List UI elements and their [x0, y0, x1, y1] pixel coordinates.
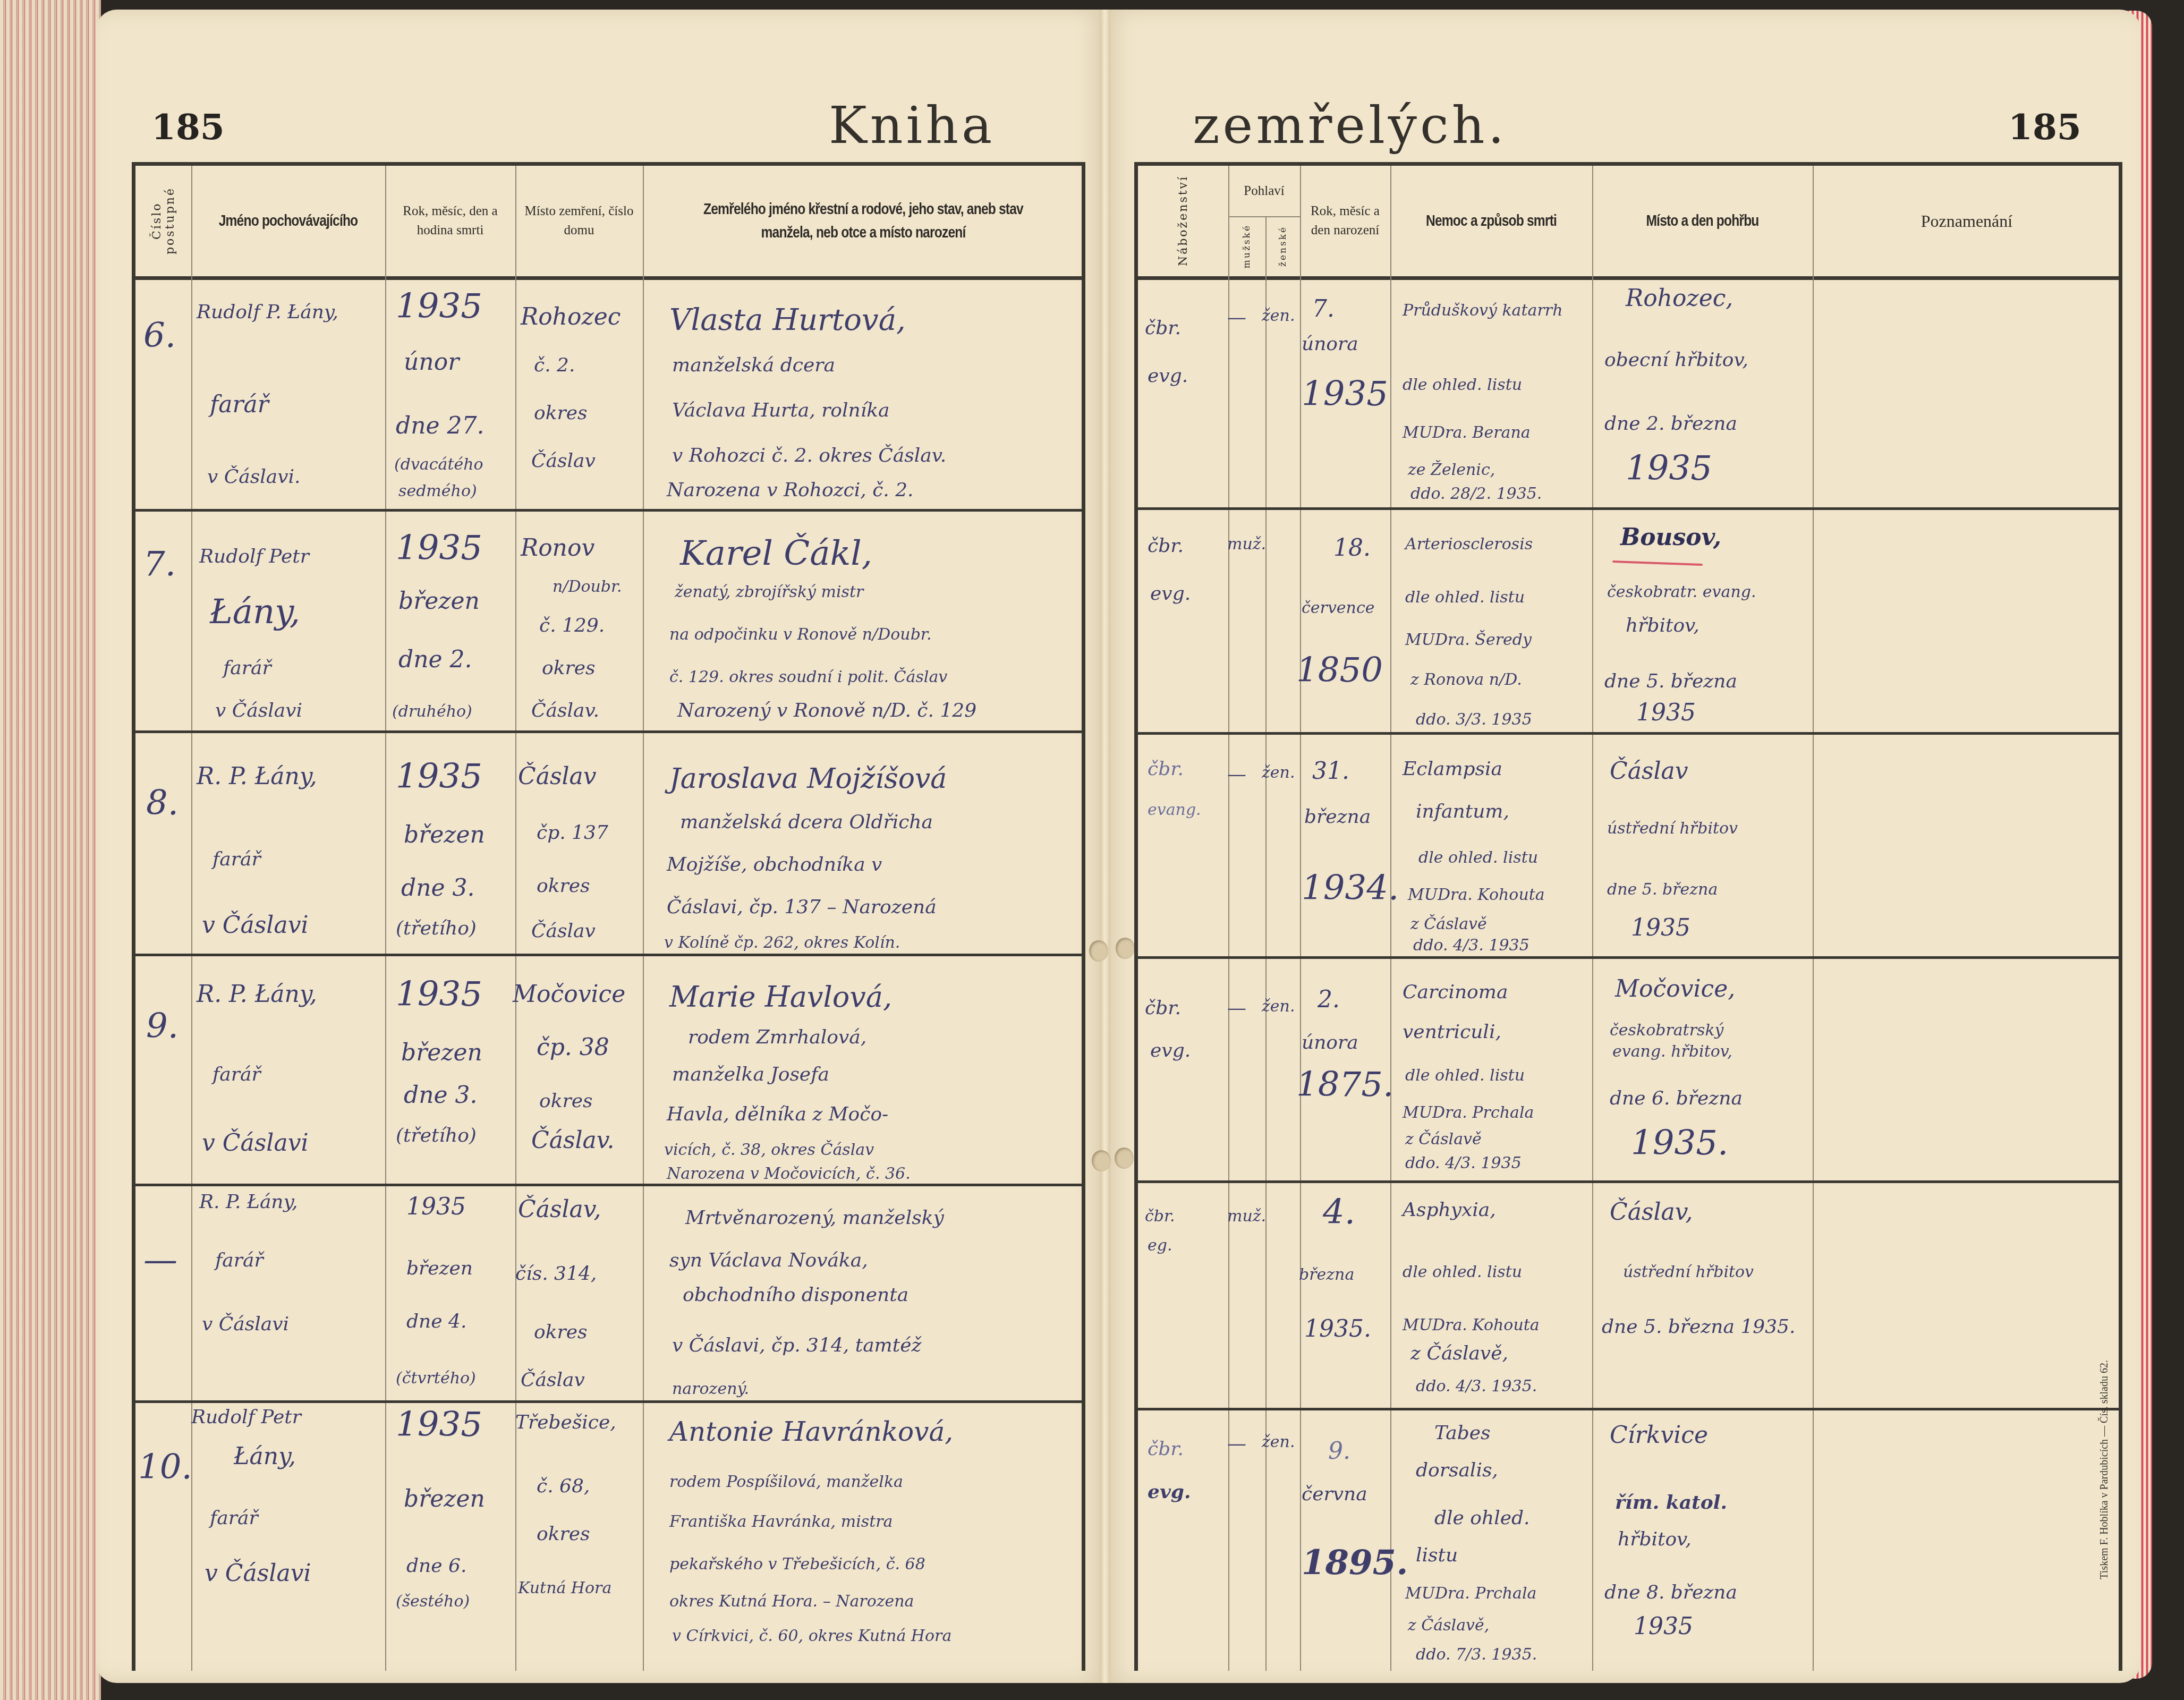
- death-day-words: (druhého): [392, 704, 472, 720]
- deceased-line: v Čáslavi, čp. 314, tamtéž: [672, 1336, 921, 1355]
- row-separator: [1137, 956, 2120, 959]
- death-year: 1935: [396, 977, 482, 1011]
- death-day: dne 2.: [398, 648, 472, 671]
- burial-line: hřbitov,: [1618, 1530, 1692, 1549]
- burial-line: českobratrský: [1610, 1023, 1724, 1039]
- death-month: únor: [404, 351, 459, 374]
- birth-month: června: [1302, 1485, 1367, 1504]
- header-cause-of-death: Nemoc a způsob smrti: [1408, 166, 1574, 276]
- deceased-name: Vlasta Hurtová,: [669, 305, 906, 335]
- death-month: březen: [404, 1487, 485, 1511]
- place-line: Kutná Hora: [518, 1580, 611, 1596]
- header-male: mužské: [1228, 216, 1265, 276]
- death-day: dne 3.: [401, 877, 475, 900]
- burial-line: dne 6. března: [1610, 1089, 1743, 1108]
- printer-credit: Tiskem F. Hoblíka v Pardubicích — Čís. s…: [2098, 1360, 2111, 1579]
- header-remarks: Poznamenání: [1813, 166, 2121, 276]
- header-burial: Místo a den pohřbu: [1612, 166, 1792, 276]
- officiant-line: farář: [210, 393, 269, 416]
- binding-hole: [1089, 940, 1108, 962]
- row-separator: [133, 1400, 1084, 1403]
- cause-line: MUDra. Kohouta: [1408, 887, 1545, 903]
- entry-number: 9.: [146, 1009, 179, 1043]
- column-rule: [643, 166, 644, 1671]
- deceased-line: v Rohozci č. 2. okres Čáslav.: [672, 446, 946, 465]
- place-line: okres: [534, 404, 587, 423]
- entry-number: 10.: [138, 1450, 192, 1484]
- cause-line: z Čáslavě,: [1410, 1344, 1508, 1363]
- row-separator: [133, 1184, 1084, 1186]
- cause-line: dle ohled. listu: [1403, 377, 1522, 393]
- burial-line: evang. hřbitov,: [1612, 1044, 1732, 1060]
- binding-hole: [1116, 938, 1135, 959]
- officiant-line: v Čáslavi: [202, 1132, 309, 1155]
- birth-month: února: [1302, 335, 1358, 354]
- birth-day: 2.: [1318, 988, 1340, 1011]
- header-date-of-death: Rok, měsíc, den a hodina smrti: [385, 166, 515, 276]
- entry-number: 7.: [143, 547, 176, 581]
- cause-line: ddo. 4/3. 1935: [1405, 1155, 1522, 1171]
- deceased-line: Narozena v Močovicích, č. 36.: [667, 1166, 911, 1182]
- cause-line: ddo. 28/2. 1935.: [1410, 486, 1542, 502]
- birth-year: 1935: [1302, 377, 1388, 411]
- cause-line: MUDra. Prchala: [1405, 1586, 1536, 1602]
- deceased-line: narozený.: [672, 1381, 749, 1397]
- header-divider: [135, 276, 1082, 280]
- burial-line: českobratr. evang.: [1607, 584, 1756, 600]
- row-separator: [1137, 1180, 2120, 1183]
- deceased-name: Jaroslava Mojžíšová: [669, 765, 947, 793]
- cause-line: dorsalis,: [1416, 1461, 1498, 1480]
- place-line: Čáslav.: [531, 701, 599, 720]
- burial-line: Církvice: [1610, 1424, 1708, 1447]
- deceased-line: v Kolíně čp. 262, okres Kolín.: [664, 935, 900, 951]
- religion: evg.: [1150, 584, 1191, 603]
- burial-year: 1935: [1626, 452, 1712, 486]
- place-line: okres: [537, 877, 590, 896]
- cause-line: Tabes: [1434, 1424, 1491, 1443]
- sex-male: muž.: [1227, 537, 1266, 552]
- deceased-line: vicích, č. 38, okres Čáslav: [664, 1142, 874, 1158]
- cause-line: dle ohled. listu: [1405, 590, 1525, 606]
- death-year: 1935: [396, 290, 482, 324]
- title-right-word: zemřelých.: [1193, 96, 1507, 155]
- cause-line: ddo. 3/3. 1935: [1416, 712, 1532, 728]
- cause-line: z Čáslavě,: [1408, 1618, 1489, 1634]
- sex-male: muž.: [1227, 1209, 1266, 1225]
- deceased-line: manželská dcera: [672, 356, 835, 375]
- sex-female: žen.: [1262, 308, 1295, 324]
- entry-number: 8.: [146, 786, 179, 820]
- officiant-line: Rudolf Petr: [199, 547, 309, 566]
- deceased-name: Karel Čákl,: [680, 537, 872, 571]
- officiant-line: Rudolf Petr: [191, 1408, 301, 1427]
- sex-female: žen.: [1262, 1434, 1295, 1450]
- death-day-words: (šestého): [396, 1594, 470, 1610]
- death-year: 1935: [396, 1408, 482, 1442]
- burial-line: Bousov,: [1620, 526, 1721, 549]
- religion: evg.: [1150, 1041, 1191, 1060]
- cause-line: infantum,: [1416, 802, 1509, 821]
- religion: eg.: [1148, 1238, 1172, 1254]
- place-line: Rohozec: [521, 305, 621, 329]
- officiant-line: R. P. Łány,: [197, 765, 317, 788]
- deceased-line: manželská dcera Oldřicha: [680, 813, 933, 832]
- row-separator: [1137, 1408, 2120, 1410]
- row-separator: [1137, 732, 2120, 735]
- death-day: dne 6.: [406, 1557, 466, 1576]
- place-line: Čáslav: [531, 452, 596, 471]
- officiant-line: v Čáslavi: [215, 701, 302, 720]
- death-year: 1935: [396, 531, 482, 565]
- column-rule: [1592, 166, 1593, 1671]
- burial-line: hřbitov,: [1626, 616, 1699, 635]
- place-line: Třebešice,: [515, 1413, 616, 1432]
- death-day: dne 4.: [406, 1312, 466, 1331]
- deceased-line: Václava Hurta, rolníka: [672, 401, 890, 420]
- cause-line: Asphyxia,: [1403, 1201, 1496, 1220]
- cause-line: ddo. 7/3. 1935.: [1416, 1647, 1537, 1663]
- title-left-word: Kniha: [829, 96, 995, 155]
- religion: čbr.: [1145, 999, 1181, 1018]
- death-month: březen: [404, 823, 485, 847]
- death-month: březen: [406, 1259, 473, 1278]
- cause-line: MUDra. Berana: [1403, 425, 1531, 441]
- place-line: č. 2.: [534, 356, 575, 375]
- column-rule: [1813, 166, 1814, 1671]
- burial-line: Močovice,: [1615, 977, 1735, 1001]
- death-day: dne 27.: [396, 414, 485, 438]
- deceased-line: manželka Josefa: [672, 1065, 829, 1084]
- column-rule: [1300, 166, 1301, 1671]
- burial-line: dne 5. března: [1607, 882, 1718, 898]
- column-rule: [385, 166, 386, 1671]
- cause-line: z Čáslavě: [1410, 916, 1487, 932]
- deceased-line: pekařského v Třebešicích, č. 68: [669, 1557, 925, 1572]
- place-line: Čáslav: [531, 922, 596, 941]
- death-month: březen: [401, 1041, 482, 1065]
- religion: čbr.: [1145, 319, 1181, 338]
- burial-line: dne 5. března: [1604, 672, 1737, 691]
- birth-month: března: [1299, 1267, 1354, 1283]
- religion: čbr.: [1148, 1440, 1184, 1459]
- place-line: čís. 314,: [515, 1264, 597, 1283]
- right-page-number: 185: [2008, 106, 2081, 148]
- place-line: Čáslav.: [531, 1129, 614, 1152]
- row-separator: [133, 509, 1084, 512]
- row-separator: [1137, 507, 2120, 510]
- birth-year: 1875.: [1296, 1068, 1393, 1102]
- header-place-of-death: Místo zemření, číslo domu: [515, 166, 643, 276]
- deceased-line: Havla, dělníka z Močo-: [667, 1105, 888, 1124]
- birth-day: 4.: [1323, 1195, 1355, 1229]
- row-separator: [133, 730, 1084, 733]
- open-register-book: 185 Kniha zemřelých. 185 Číslo postupné …: [0, 0, 2184, 1700]
- deceased-line: na odpočinku v Ronově n/Doubr.: [669, 627, 931, 643]
- birth-year: 1850: [1296, 653, 1383, 687]
- burial-line: obecní hřbitov,: [1604, 351, 1748, 370]
- deceased-name: Antonie Havránková,: [669, 1418, 953, 1445]
- officiant-line: v Čáslavi.: [207, 467, 301, 487]
- birth-month: července: [1302, 600, 1374, 616]
- deceased-line: č. 129. okres soudní i polit. Čáslav: [669, 669, 947, 685]
- religion: čbr.: [1145, 1209, 1175, 1225]
- birth-year: 1935.: [1304, 1317, 1371, 1341]
- header-religion: Náboženství: [1138, 166, 1228, 276]
- officiant-line: farář: [213, 1065, 261, 1084]
- cause-line: MUDra. Prchala: [1403, 1105, 1534, 1121]
- cause-line: ddo. 4/3. 1935: [1413, 938, 1529, 954]
- header-sex: Pohlaví: [1228, 166, 1300, 216]
- place-line: č. 129.: [539, 616, 605, 635]
- deceased-line: ženatý, zbrojířský mistr: [675, 584, 863, 600]
- burial-line: Čáslav,: [1610, 1201, 1693, 1224]
- burial-line: Rohozec,: [1626, 287, 1733, 310]
- cause-line: ze Želenic,: [1408, 462, 1495, 478]
- deceased-line: Mrtvěnarozený, manželský: [685, 1209, 944, 1228]
- row-separator: [133, 954, 1084, 956]
- religion: čbr.: [1148, 760, 1184, 779]
- column-rule: [1265, 216, 1267, 1671]
- sex-male: —: [1227, 308, 1246, 327]
- place-line: Čáslav,: [518, 1198, 601, 1221]
- death-month: březen: [398, 590, 480, 613]
- sex-female: žen.: [1262, 999, 1295, 1015]
- cause-line: MUDra. Šeredy: [1405, 632, 1532, 648]
- header-number: Číslo postupné: [135, 166, 191, 276]
- sex-male: —: [1227, 1434, 1246, 1453]
- cause-line: dle ohled. listu: [1405, 1068, 1525, 1084]
- death-day-words: (třetího): [396, 919, 477, 938]
- burial-line: dne 8. března: [1604, 1583, 1737, 1602]
- place-line: č. 68,: [537, 1477, 590, 1496]
- religion: evg.: [1148, 367, 1188, 386]
- officiant-line: R. P. Łány,: [197, 983, 317, 1006]
- deceased-line: okres Kutná Hora. – Narozena: [669, 1594, 914, 1610]
- cause-line: dle ohled. listu: [1403, 1264, 1522, 1280]
- birth-year: 1895.: [1302, 1546, 1408, 1580]
- entry-number: 6.: [143, 319, 176, 353]
- death-day-words: (třetího): [396, 1126, 477, 1145]
- header-deceased: Zemřelého jméno křestní a rodové, jeho s…: [683, 166, 1044, 276]
- officiant-line: R. P. Łány,: [199, 1193, 298, 1212]
- cause-line: Průduškový katarrh: [1403, 303, 1562, 319]
- place-line: Ronov: [521, 537, 594, 560]
- place-line: Močovice: [513, 983, 625, 1006]
- cause-line: Eclampsia: [1403, 760, 1502, 779]
- column-rule: [515, 166, 516, 1671]
- cause-line: z Ronova n/D.: [1410, 672, 1522, 688]
- header-officiant: Jméno pochovávajícího: [209, 166, 368, 276]
- burial-year: 1935: [1636, 701, 1696, 725]
- sex-male: —: [1227, 999, 1246, 1018]
- binding-hole: [1092, 1150, 1111, 1171]
- column-rule: [191, 166, 192, 1671]
- place-line: čp. 38: [537, 1036, 609, 1059]
- officiant-line: Łány,: [210, 595, 300, 629]
- cause-line: dle ohled. listu: [1418, 850, 1538, 866]
- officiant-line: farář: [215, 1251, 264, 1270]
- column-rule: [1390, 166, 1391, 1671]
- officiant-line: v Čáslavi: [202, 914, 309, 937]
- death-day-words: (čtvrtého): [396, 1371, 476, 1387]
- officiant-line: farář: [210, 1509, 258, 1528]
- birth-day: 31.: [1312, 760, 1349, 783]
- cause-line: dle ohled.: [1434, 1509, 1529, 1528]
- cause-line: MUDra. Kohouta: [1403, 1317, 1540, 1333]
- burial-year: 1935.: [1631, 1126, 1728, 1160]
- deceased-line: syn Václava Nováka,: [669, 1251, 868, 1270]
- burial-line: ústřední hřbitov: [1607, 821, 1738, 837]
- religion: evg.: [1148, 1482, 1191, 1501]
- cause-line: Carcinoma: [1403, 983, 1508, 1002]
- burial-year: 1935: [1634, 1615, 1693, 1638]
- place-line: okres: [539, 1092, 592, 1111]
- deceased-line: Františka Havránka, mistra: [669, 1514, 893, 1530]
- binding-hole: [1115, 1147, 1134, 1169]
- birth-day: 7.: [1312, 297, 1335, 321]
- place-line: okres: [542, 659, 595, 678]
- cause-line: Arteriosclerosis: [1405, 537, 1533, 552]
- place-line: okres: [537, 1525, 590, 1544]
- death-year: 1935: [396, 760, 482, 794]
- deceased-line: obchodního disponenta: [683, 1286, 908, 1305]
- cause-line: ddo. 4/3. 1935.: [1416, 1379, 1537, 1395]
- place-line: Čáslav: [521, 1371, 585, 1390]
- officiant-line: v Čáslavi: [202, 1315, 289, 1334]
- place-line: Čáslav: [518, 765, 597, 788]
- officiant-line: v Čáslavi: [205, 1562, 311, 1585]
- officiant-line: farář: [223, 659, 271, 678]
- place-line: okres: [534, 1323, 587, 1342]
- place-line: čp. 137: [537, 823, 608, 843]
- cause-line: listu: [1416, 1546, 1458, 1565]
- birth-month: března: [1304, 807, 1371, 827]
- officiant-line: Łány,: [234, 1445, 296, 1468]
- birth-day: 9.: [1328, 1440, 1350, 1463]
- sex-female: žen.: [1262, 765, 1295, 781]
- burial-line: dne 2. března: [1604, 414, 1737, 433]
- burial-line: Čáslav: [1610, 760, 1688, 783]
- religion: evang.: [1148, 802, 1201, 818]
- deceased-line: rodem Pospíšilová, manželka: [669, 1474, 903, 1490]
- cause-line: ventriculi,: [1403, 1023, 1501, 1042]
- sex-male: —: [1227, 765, 1246, 784]
- left-page-number: 185: [151, 106, 225, 148]
- deceased-line: Čáslavi, čp. 137 – Narozená: [667, 898, 937, 917]
- deceased-line: Narozený v Ronově n/D. č. 129: [677, 701, 976, 720]
- place-line: n/Doubr.: [553, 579, 622, 595]
- header-birth-date: Rok, měsíc a den narození: [1300, 166, 1390, 276]
- deceased-line: v Církvici, č. 60, okres Kutná Hora: [672, 1628, 951, 1644]
- deceased-line: rodem Zmrhalová,: [688, 1028, 866, 1047]
- birth-day: 18.: [1333, 537, 1371, 560]
- entry-number: —: [143, 1243, 177, 1277]
- cause-line: z Čáslavě: [1405, 1132, 1482, 1147]
- birth-month: února: [1302, 1033, 1358, 1052]
- death-day-words: sedmého): [398, 483, 477, 499]
- burial-line: řím. katol.: [1615, 1493, 1727, 1512]
- deceased-line: Mojžíše, obchodníka v: [667, 855, 882, 874]
- death-day-words: (dvacátého: [394, 457, 483, 473]
- header-divider: [1138, 276, 2119, 280]
- left-page-edges: [0, 0, 101, 1700]
- book-gutter: [1100, 10, 1110, 1683]
- death-day: dne 3.: [404, 1084, 478, 1107]
- officiant-line: Rudolf P. Łány,: [197, 303, 338, 322]
- officiant-line: farář: [213, 850, 261, 869]
- deceased-name: Marie Havlová,: [669, 983, 892, 1011]
- religion: čbr.: [1148, 537, 1184, 556]
- burial-year: 1935: [1631, 916, 1690, 940]
- header-female: ženské: [1265, 216, 1300, 276]
- birth-year: 1934.: [1302, 871, 1399, 905]
- death-year: 1935: [406, 1195, 466, 1219]
- burial-line: dne 5. března 1935.: [1602, 1317, 1795, 1337]
- burial-line: ústřední hřbitov: [1623, 1264, 1754, 1280]
- deceased-line: Narozena v Rohozci, č. 2.: [667, 481, 914, 500]
